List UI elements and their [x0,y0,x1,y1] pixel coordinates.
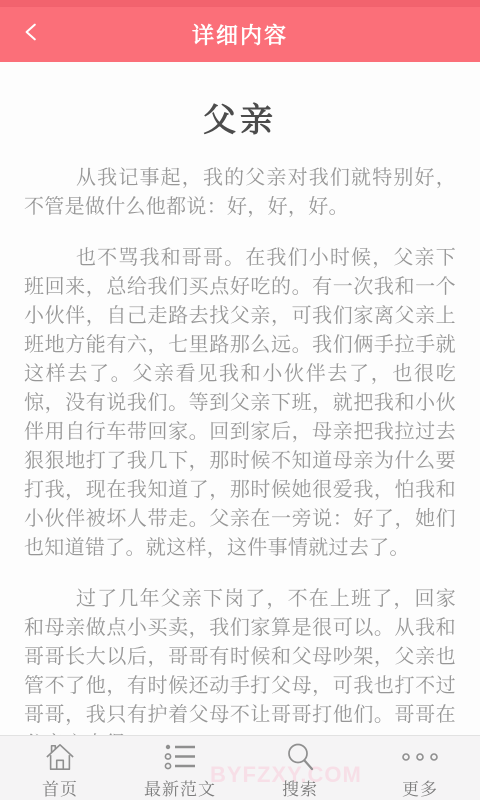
search-icon [284,742,316,772]
tab-more-label: 更多 [402,775,438,800]
bottom-nav: BYFZXY.COM 首页 [0,735,480,800]
back-button[interactable] [22,7,58,62]
article-paragraph: 从我记事起，我的父亲对我们就特别好，不管是做什么他都说：好，好，好。 [24,164,456,222]
tab-latest-essays-label: 最新范文 [144,775,216,800]
tab-search[interactable]: 搜索 [240,736,360,800]
list-icon [163,742,197,772]
article-scroll-area[interactable]: 父亲 从我记事起，我的父亲对我们就特别好，不管是做什么他都说：好，好，好。 也不… [0,62,480,735]
chevron-left-icon [22,21,44,48]
header: 详细内容 [0,7,480,62]
article-paragraph: 过了几年父亲下岗了，不在上班了，回家和母亲做点小买卖，我们家算是很可以。从我和哥… [24,585,456,735]
home-icon [44,742,76,772]
article-title: 父亲 [24,100,456,140]
tab-latest-essays[interactable]: 最新范文 [120,736,240,800]
more-icon [400,742,440,772]
app-screen: 详细内容 父亲 从我记事起，我的父亲对我们就特别好，不管是做什么他都说：好，好，… [0,0,480,800]
tab-home-label: 首页 [42,775,78,800]
article-paragraph: 也不骂我和哥哥。在我们小时候，父亲下班回来，总给我们买点好吃的。有一次我和一个小… [24,244,456,563]
tab-more[interactable]: 更多 [360,736,480,800]
tab-home[interactable]: 首页 [0,736,120,800]
status-bar [0,0,480,7]
page-title: 详细内容 [192,19,288,50]
tab-search-label: 搜索 [282,775,318,800]
